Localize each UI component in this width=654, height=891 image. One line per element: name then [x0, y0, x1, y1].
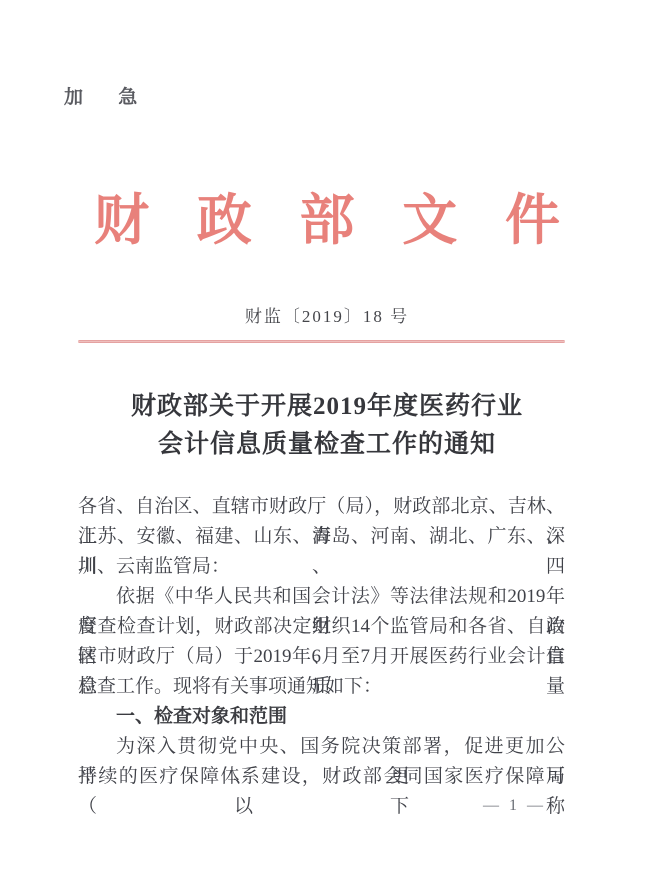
document-title-line-2: 会计信息质量检查工作的通知: [0, 426, 654, 464]
body-line: 依据《中华人民共和国会计法》等法律法规和2019年度财政: [78, 582, 565, 612]
urgency-label: 加 急: [64, 82, 152, 109]
body-line: 为深入贯彻党中央、国务院决策部署，促进更加公平、更可: [78, 732, 565, 762]
body-line: 江苏、安徽、福建、山东、青岛、河南、湖北、广东、深圳、四: [78, 522, 565, 552]
document-number: 财监〔2019〕18 号: [0, 302, 654, 327]
red-divider-rule: [78, 340, 565, 343]
document-title-line-1: 财政部关于开展2019年度医药行业: [0, 388, 654, 426]
body-line: 督查检查计划，财政部决定组织14个监管局和各省、自治区、直: [78, 612, 565, 642]
page-number: — 1 —: [483, 797, 546, 815]
body-line: 各省、自治区、直辖市财政厅（局），财政部北京、吉林、上海、: [78, 492, 565, 522]
letterhead-title: 财 政 部 文 件: [0, 176, 654, 255]
body-line: 持续的医疗保障体系建设，财政部会同国家医疗保障局（以下称: [78, 762, 565, 792]
document-title: 财政部关于开展2019年度医药行业 会计信息质量检查工作的通知: [0, 388, 654, 464]
section-heading: 一、检查对象和范围: [78, 702, 565, 732]
body-line: 辖市财政厅（局）于2019年6月至7月开展医药行业会计信息质量: [78, 642, 565, 672]
document-body: 各省、自治区、直辖市财政厅（局），财政部北京、吉林、上海、 江苏、安徽、福建、山…: [78, 492, 565, 792]
document-page: 加 急 财 政 部 文 件 财监〔2019〕18 号 财政部关于开展2019年度…: [0, 0, 654, 891]
